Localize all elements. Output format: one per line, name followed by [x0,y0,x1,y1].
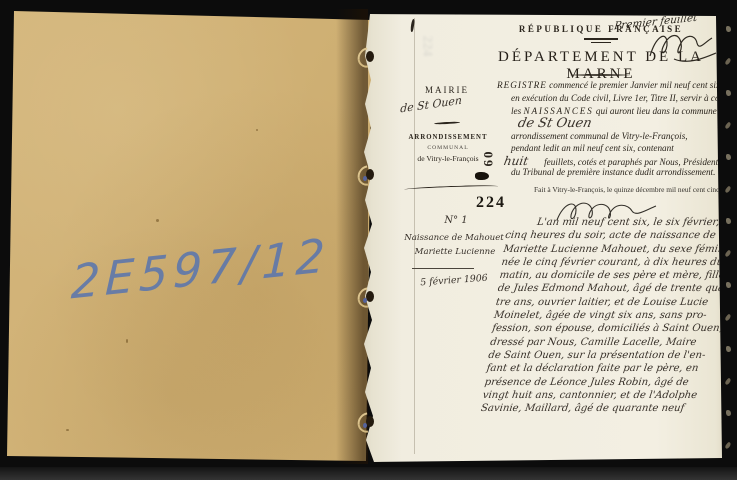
act-title-firstnames: Mariette Lucienne [414,247,496,257]
binding-stitch [357,409,379,435]
republic-title: RÉPUBLIQUE FRANÇAISE [506,24,696,34]
entry-line: de Jules Edmond Mahout, âgé de trente qu… [497,282,713,295]
scanned-register-spread: 2E597/12 224 Premier feuillet RÉPUBLIQUE… [0,0,737,480]
mairie-label: MAIRIE [414,85,480,95]
page-number-stamp: 224 [476,194,506,212]
register-page: 224 Premier feuillet RÉPUBLIQUE FRANÇAIS… [356,10,724,465]
mairie-commune-handwriting: de St Ouen [400,94,462,116]
entry-line: Mariette Lucienne Mahouet, du sexe fémin… [502,243,718,256]
entry-line: dressé par Nous, Camille Lacelle, Maire [489,336,705,349]
show-through-ghost: 224 [419,36,435,57]
registre-line: en exécution du Code civil, Livre 1er, T… [511,93,737,103]
registre-line: du Tribunal de première instance dudit a… [511,167,737,177]
paper-speck [126,339,128,343]
registre-text: qui auront lieu dans la commune [594,106,717,116]
double-rule [584,38,618,45]
entry-line: L'an mil neuf cent six, le six février, … [506,216,722,229]
registre-line: pendant ledit an mil neuf cent six, cont… [511,143,737,153]
registre-line: arrondissement communal de Vitry-le-Fran… [511,131,737,141]
fait-line: Fait à Vitry-le-François, le quinze déce… [534,185,722,194]
folio-stamp: 60 [481,150,497,167]
entry-line: de Saint Ouen, sur la présentation de l'… [487,349,703,362]
paper-speck [66,429,69,431]
margin-flourish-rule [404,184,498,191]
entry-line: tre ans, ouvrier laitier, et de Louise L… [495,296,711,309]
next-page-edge-fragments [724,14,736,462]
entry-line: Savinie, Maillard, âgé de quarante neuf [480,402,696,415]
entry-line: cinq heures du soir, acte de naissance d… [504,229,720,242]
registre-text: feuillets, cotés et paraphés par Nous, P… [544,157,718,167]
feuillets-count-handwriting: huit [503,154,530,168]
binding-stitch [357,284,379,310]
registre-line: REGISTRE commencé le premier Janvier mil… [497,80,729,90]
naissances-word: NAISSANCES [524,106,594,116]
ink-blot [475,172,489,180]
registre-word: REGISTRE [497,80,547,90]
registre-text: les [511,106,524,116]
entry-line: matin, au domicile de ses père et mère, … [499,269,715,282]
entry-line: présence de Léonce Jules Robin, âgé de [484,376,700,389]
small-divider [434,121,460,124]
department-title: DÉPARTEMENT DE LA MARNE [488,49,714,83]
binding-gutter-shadow [336,9,368,464]
ornamental-rule [570,74,630,76]
act-number: N° 1 [434,215,478,226]
left-cover-page: 2E597/12 [6,9,376,463]
entry-line: née le cinq février courant, à dix heure… [501,256,717,269]
entry-line: vingt huit ans, cantonnier, et de l'Adol… [482,389,698,402]
act-title-surname: Naissance de Mahouet [400,233,508,243]
registre-line: les NAISSANCES qui auront lieu dans la c… [511,106,737,116]
entry-line: fant et la déclaration faite par le père… [486,362,702,375]
registre-line: huitfeuillets, cotés et paraphés par Nou… [504,154,736,168]
communal-label: COMMUNAL [408,145,488,151]
entry-line: Moinelet, âgée de vingt six ans, sans pr… [493,309,709,322]
birth-act-text: L'an mil neuf cent six, le six février, … [480,216,722,415]
paper-speck [256,129,258,131]
paper-speck [156,219,159,222]
archive-cote-handwriting: 2E597/12 [70,226,350,310]
registre-text: commencé le premier Janvier mil neuf cen… [547,80,737,90]
commune-handwriting: de St Ouen [516,116,593,131]
entry-line: fession, son épouse, domiciliés à Saint … [491,322,707,335]
binding-stitch [357,162,379,188]
arrondissement-label: ARRONDISSEMENT [408,134,488,141]
act-date: 5 février 1906 [406,272,503,290]
margin-underline [412,268,474,269]
scanner-bottom-strip [0,467,737,480]
binding-stitch [357,44,379,70]
